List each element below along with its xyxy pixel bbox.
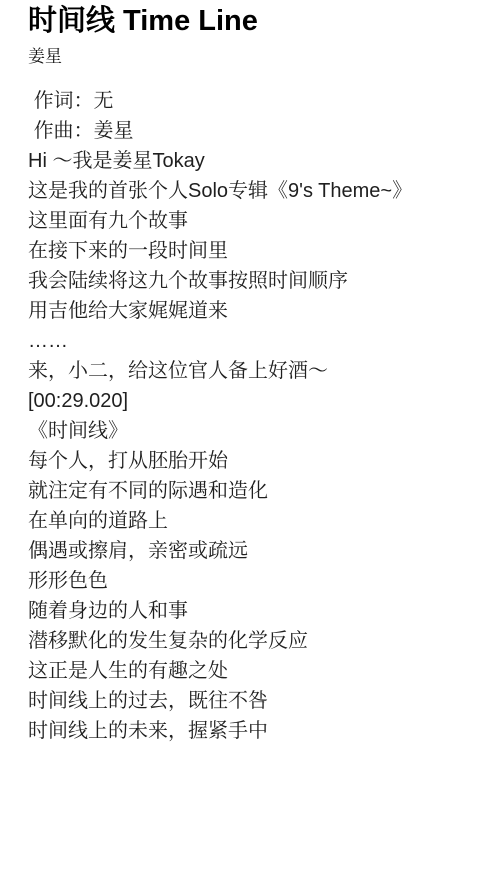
lyric-line: 时间线上的未来，握紧手中 (28, 716, 482, 746)
lyric-line: 潜移默化的发生复杂的化学反应 (28, 626, 482, 656)
lyric-line: 作词：无 (28, 86, 482, 116)
lyric-line: [00:29.020] (28, 386, 482, 416)
lyric-line: 这正是人生的有趣之处 (28, 656, 482, 686)
lyric-line: 偶遇或擦肩，亲密或疏远 (28, 536, 482, 566)
lyric-line: 来，小二，给这位官人备上好酒～ (28, 356, 482, 386)
lyric-line: 每个人，打从胚胎开始 (28, 446, 482, 476)
lyric-line: 就注定有不同的际遇和造化 (28, 476, 482, 506)
lyric-line: 这是我的首张个人Solo专辑《9's Theme~》 (28, 176, 482, 206)
lyric-line: 随着身边的人和事 (28, 596, 482, 626)
lyric-line: 作曲：姜星 (28, 116, 482, 146)
lyrics-list: 作词：无 作曲：姜星Hi ～我是姜星Tokay这是我的首张个人Solo专辑《9'… (28, 86, 482, 746)
lyric-line: 用吉他给大家娓娓道来 (28, 296, 482, 326)
lyric-line: Hi ～我是姜星Tokay (28, 146, 482, 176)
lyric-line: 形形色色 (28, 566, 482, 596)
lyric-line: …… (28, 326, 482, 356)
lyric-line: 《时间线》 (28, 416, 482, 446)
lyric-line: 这里面有九个故事 (28, 206, 482, 236)
lyric-line: 我会陆续将这九个故事按照时间顺序 (28, 266, 482, 296)
lyric-line: 在单向的道路上 (28, 506, 482, 536)
lyric-line: 时间线上的过去，既往不咎 (28, 686, 482, 716)
artist-name: 姜星 (28, 47, 482, 67)
lyrics-page: 时间线 Time Line 姜星 作词：无 作曲：姜星Hi ～我是姜星Tokay… (0, 0, 500, 746)
lyric-line: 在接下来的一段时间里 (28, 236, 482, 266)
song-title: 时间线 Time Line (28, 5, 482, 38)
